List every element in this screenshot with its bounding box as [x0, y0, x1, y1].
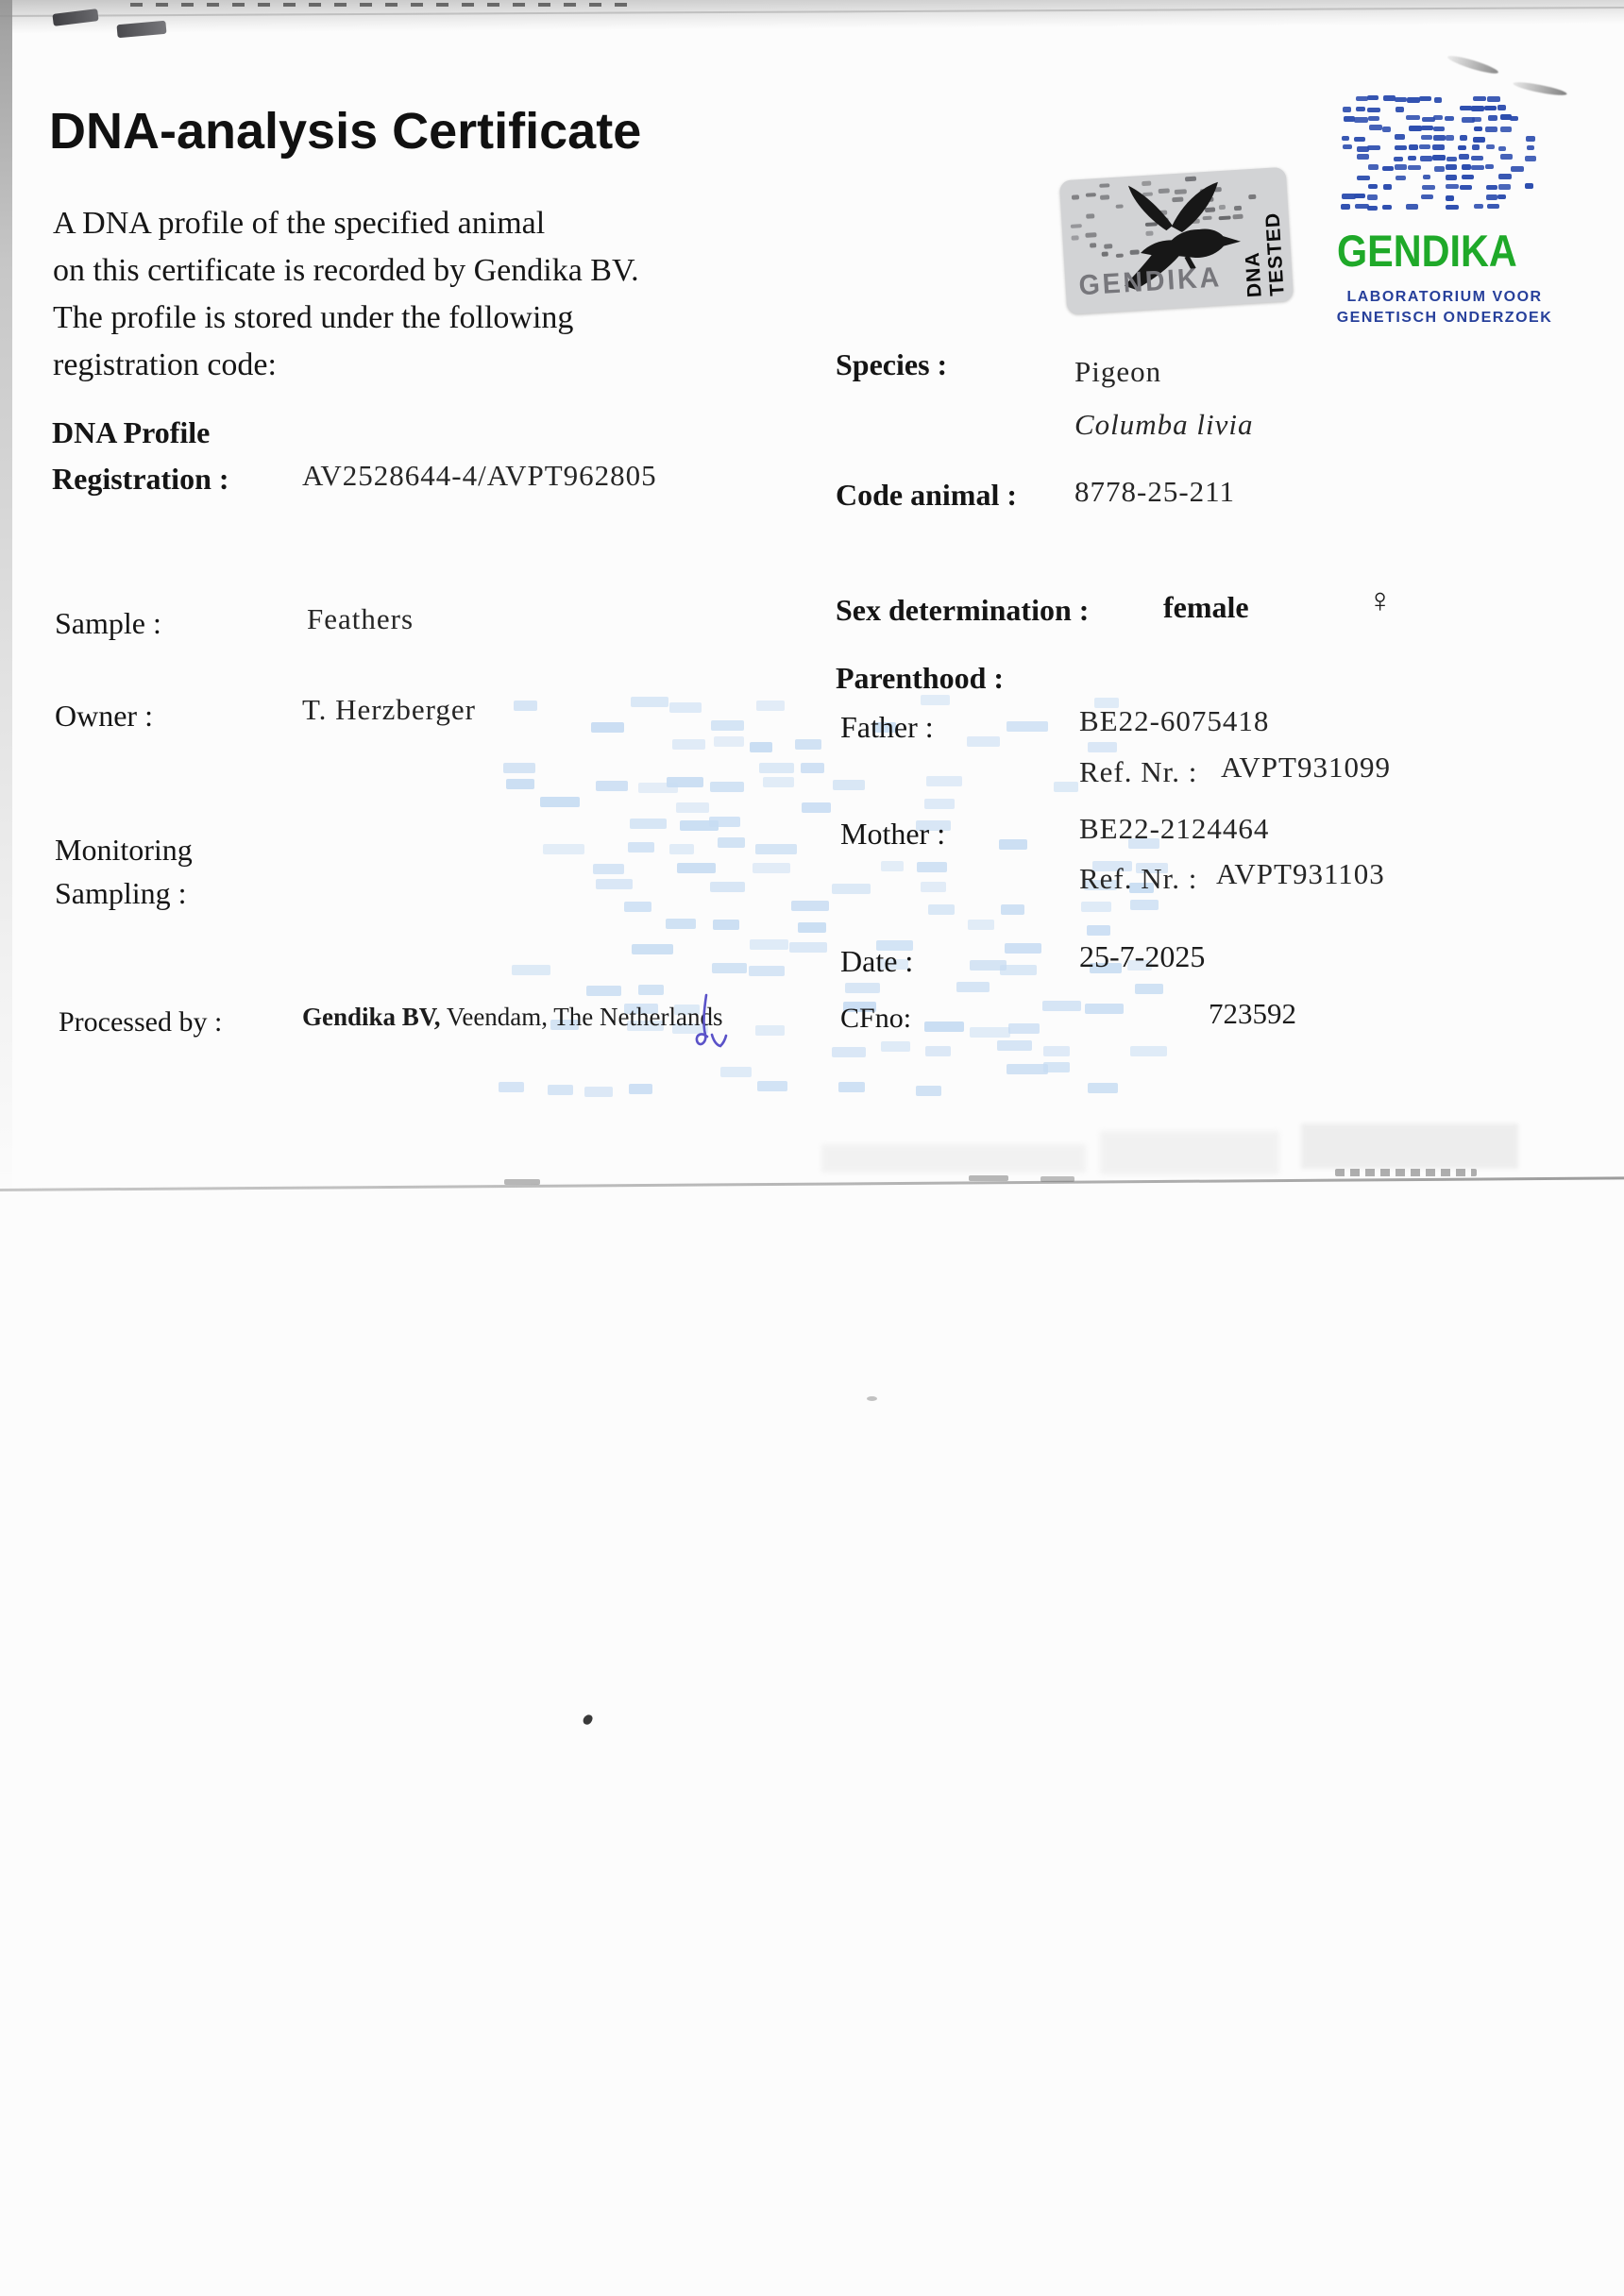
gel-dash	[1367, 145, 1379, 151]
gel-dash	[540, 797, 580, 807]
gel-dash	[1341, 204, 1350, 210]
father-ref-value: AVPT931099	[1221, 751, 1391, 785]
gel-dash	[1486, 144, 1495, 150]
gel-dash	[1408, 156, 1416, 161]
gel-dash	[712, 963, 748, 973]
scan-left-edge-shadow	[0, 0, 12, 1204]
father-ref-label: Ref. Nr. :	[1079, 755, 1197, 789]
gel-dash	[714, 736, 745, 747]
gel-dash	[1354, 117, 1368, 123]
gel-dash	[832, 1047, 866, 1057]
gel-dash	[1446, 205, 1459, 211]
gel-dash	[749, 966, 786, 976]
gel-dash	[1423, 175, 1430, 180]
gel-dash	[1487, 204, 1499, 210]
gel-dash	[1421, 135, 1432, 141]
gel-dash	[1088, 1083, 1118, 1093]
owner-value: T. Herzberger	[302, 693, 476, 727]
gel-dash	[997, 1040, 1032, 1051]
gel-dash	[1458, 145, 1465, 151]
gel-dash	[1420, 156, 1432, 161]
gel-dash	[666, 919, 696, 929]
gel-dash	[1135, 984, 1163, 994]
gel-dash	[1472, 117, 1481, 123]
gel-dash	[1367, 206, 1378, 211]
cfno-label: CFno:	[840, 1003, 911, 1035]
gel-dash	[584, 1087, 613, 1097]
gel-dash	[676, 802, 710, 813]
gel-dash	[1462, 175, 1474, 180]
scan-top-dashed-mark	[130, 3, 640, 7]
registration-label-line2: Registration :	[52, 462, 229, 497]
gel-dash	[1446, 175, 1457, 180]
gel-dash	[1497, 105, 1506, 110]
processed-by-value: Gendika BV, Veendam, The Netherlands	[302, 1003, 722, 1032]
species-value: Pigeon	[1074, 355, 1161, 389]
gel-dash	[1486, 185, 1498, 191]
gel-dash	[1525, 183, 1533, 189]
ink-speck	[867, 1396, 877, 1401]
gel-dash	[593, 864, 624, 874]
gel-dash	[1367, 108, 1379, 113]
gel-dash	[1471, 165, 1484, 171]
gel-dash	[757, 1081, 787, 1091]
gel-dash	[1485, 127, 1497, 132]
scan-ghost-smudge	[1301, 1123, 1518, 1169]
gendika-logo-gel-icon	[1341, 96, 1547, 219]
gel-dash	[1001, 904, 1024, 915]
gel-dash	[586, 986, 621, 996]
intro-line: registration code:	[53, 342, 639, 389]
pencil-smudge-mark	[1446, 53, 1499, 76]
scan-page-edge-line	[0, 1176, 1624, 1190]
gel-dash	[750, 742, 772, 752]
gel-dash	[1356, 96, 1368, 102]
mother-ref-label: Ref. Nr. :	[1079, 862, 1197, 896]
gel-dash	[638, 985, 664, 995]
gel-dash	[1382, 127, 1391, 132]
gel-dash	[832, 884, 871, 894]
gel-dash	[970, 1027, 1010, 1038]
gel-dash	[1043, 1062, 1070, 1072]
gel-dash	[1486, 194, 1497, 200]
gel-dash	[1460, 135, 1468, 141]
gel-dash	[596, 879, 634, 889]
gel-dash	[1088, 742, 1117, 752]
scan-edge-smudge	[969, 1175, 1008, 1181]
gel-dash	[1500, 154, 1513, 160]
gel-dash	[1446, 184, 1459, 190]
gel-dash	[967, 736, 1000, 747]
intro-line: on this certificate is recorded by Gendi…	[53, 247, 639, 295]
scan-ghost-smudge	[1100, 1131, 1279, 1174]
gel-dash	[1395, 164, 1407, 170]
gel-dash	[1473, 137, 1485, 143]
gel-dash	[1054, 782, 1078, 792]
gel-dash	[802, 802, 831, 813]
gendika-logo-subtitle: LABORATORIUM VOOR GENETISCH ONDERZOEK	[1320, 287, 1569, 329]
father-label: Father :	[840, 710, 934, 745]
gel-dash	[512, 965, 550, 975]
date-value: 25-7-2025	[1079, 939, 1205, 974]
monitoring-label-line2: Sampling :	[55, 876, 187, 911]
mother-ref-value: AVPT931103	[1216, 857, 1385, 891]
gel-dash	[624, 902, 651, 912]
gel-dash	[1459, 154, 1469, 160]
gendika-logo-subtitle-line: LABORATORIUM VOOR	[1320, 287, 1569, 308]
gel-dash	[667, 777, 703, 787]
registration-label-line1: DNA Profile	[52, 415, 210, 450]
gel-dash	[921, 695, 950, 705]
gel-dash	[672, 739, 705, 750]
gel-dash	[631, 697, 668, 707]
gel-dash	[1368, 164, 1379, 170]
gel-dash	[1406, 204, 1417, 210]
gel-dash	[718, 837, 745, 848]
gel-dash	[833, 780, 865, 790]
gel-dash	[596, 781, 628, 791]
gel-dash	[1382, 166, 1394, 172]
gel-dash	[669, 702, 702, 713]
gel-dash	[926, 776, 962, 786]
sex-determination-value: female	[1163, 590, 1249, 625]
sample-label: Sample :	[55, 606, 161, 641]
gel-dash	[1526, 136, 1535, 142]
gel-dash	[629, 1084, 652, 1094]
scan-ghost-smudge	[821, 1144, 1086, 1173]
gel-dash	[1446, 164, 1457, 170]
gel-dash	[1500, 127, 1512, 132]
gel-dash	[630, 819, 667, 829]
gel-dash	[506, 779, 534, 789]
gel-dash	[1356, 107, 1365, 112]
gel-dash	[1043, 1046, 1070, 1056]
scan-edge-smudge	[1040, 1176, 1074, 1182]
gel-dash	[1485, 164, 1494, 170]
gel-dash	[838, 1082, 866, 1092]
gel-dash	[1462, 164, 1471, 170]
gel-dash	[1408, 165, 1421, 171]
gel-dash	[1421, 126, 1434, 131]
gel-dash	[1005, 943, 1041, 954]
gel-dash	[543, 844, 584, 854]
mother-label: Mother :	[840, 817, 945, 852]
ink-speck	[582, 1714, 594, 1727]
gel-dash	[591, 722, 624, 733]
gel-dash	[789, 942, 827, 953]
gel-dash	[1354, 194, 1365, 199]
gel-dash	[638, 783, 678, 793]
gel-dash	[1344, 116, 1355, 122]
gel-dash	[1406, 115, 1420, 121]
gel-dash	[750, 939, 788, 950]
gel-dash	[956, 982, 990, 992]
code-animal-label: Code animal :	[836, 478, 1017, 513]
gel-dash	[548, 1085, 572, 1095]
gel-dash	[968, 920, 993, 930]
gel-dash	[713, 920, 739, 930]
gel-dash	[1343, 107, 1350, 112]
gel-dash	[1498, 146, 1506, 152]
gel-dash	[1000, 965, 1037, 975]
gel-dash	[1498, 174, 1513, 179]
gel-dash	[1130, 900, 1159, 910]
gel-dash	[1008, 1023, 1040, 1034]
gel-dash	[1445, 116, 1454, 122]
gel-dash	[1343, 144, 1353, 150]
staple-mark	[116, 21, 166, 38]
gel-dash	[1367, 194, 1377, 200]
intro-line: The profile is stored under the followin…	[53, 295, 639, 342]
gel-dash	[1474, 127, 1482, 132]
gel-dash	[1434, 97, 1442, 103]
gel-dash	[1357, 176, 1371, 181]
gel-dash	[791, 901, 829, 911]
gel-dash	[921, 882, 946, 892]
gel-dash	[924, 799, 955, 809]
gel-dash	[795, 739, 820, 750]
gel-dash	[1421, 194, 1433, 200]
gel-dash	[1422, 185, 1435, 191]
sex-determination-label: Sex determination :	[836, 593, 1089, 628]
gel-dash	[1497, 194, 1507, 200]
gel-dash	[1396, 107, 1404, 112]
gel-dash	[917, 862, 947, 872]
scan-edge-smudge	[1335, 1169, 1477, 1176]
gel-dash	[1432, 155, 1446, 160]
processed-by-location: Veendam, The Netherlands	[441, 1003, 723, 1031]
gel-dash	[845, 983, 881, 993]
gel-dash	[1473, 96, 1486, 102]
gel-dash	[1419, 144, 1430, 150]
gel-dash	[1409, 144, 1418, 150]
date-label: Date :	[840, 944, 913, 979]
gel-dash	[925, 1046, 950, 1056]
gel-dash	[1460, 106, 1471, 111]
gel-dash	[1433, 115, 1443, 121]
gel-dash	[801, 763, 824, 773]
dna-gel-watermark	[499, 699, 1171, 1103]
gel-dash	[1367, 95, 1379, 101]
gel-dash	[798, 922, 825, 933]
dna-tested-sticker: GENDIKA DNA TESTED	[1059, 167, 1294, 314]
gel-dash	[1419, 96, 1431, 102]
gel-dash	[1081, 902, 1110, 912]
gel-dash	[1007, 1064, 1048, 1074]
gel-dash	[1487, 96, 1499, 102]
gel-dash	[1510, 116, 1518, 122]
gel-dash	[628, 842, 654, 853]
gel-dash	[1007, 721, 1048, 732]
father-value: BE22-6075418	[1079, 704, 1269, 738]
gel-dash	[1085, 1004, 1124, 1014]
gel-dash	[1369, 125, 1383, 130]
gel-dash	[1342, 136, 1349, 142]
gel-dash	[1446, 135, 1454, 141]
gel-dash	[1368, 184, 1377, 190]
gel-dash	[1446, 157, 1457, 162]
gel-dash	[1396, 176, 1406, 181]
gel-dash	[1042, 1001, 1080, 1011]
gel-dash	[499, 1082, 524, 1092]
gel-dash	[1433, 135, 1446, 141]
gel-dash	[1488, 115, 1498, 121]
gel-dash	[1432, 144, 1445, 150]
gel-dash	[916, 1086, 941, 1096]
intro-line: A DNA profile of the specified animal	[53, 200, 639, 247]
gel-dash	[720, 1067, 753, 1077]
processed-by-company: Gendika BV,	[302, 1003, 441, 1031]
gel-dash	[1446, 195, 1454, 201]
species-label: Species :	[836, 347, 947, 382]
gendika-logo-brand: GENDIKA	[1337, 225, 1517, 277]
gel-dash	[1498, 184, 1511, 190]
pencil-smudge-mark	[1513, 80, 1567, 98]
gel-dash	[1511, 166, 1524, 172]
gel-dash	[756, 701, 785, 711]
gel-dash	[1382, 205, 1392, 211]
gel-dash	[1474, 204, 1482, 210]
species-latin-name: Columba livia	[1074, 408, 1254, 442]
gel-dash	[1395, 134, 1405, 140]
female-symbol: ♀	[1367, 581, 1393, 620]
gel-dash	[1407, 97, 1420, 103]
gel-dash	[999, 839, 1027, 850]
cfno-value: 723592	[1209, 997, 1296, 1031]
gel-dash	[759, 763, 795, 773]
gel-dash	[755, 1025, 785, 1036]
gel-dash	[632, 944, 673, 954]
gel-dash	[710, 782, 744, 792]
gel-dash	[881, 1041, 909, 1052]
gel-dash	[1527, 145, 1535, 151]
registration-value: AV2528644-4/AVPT962805	[302, 459, 657, 493]
gel-dash	[711, 720, 743, 731]
gel-dash	[1357, 154, 1369, 160]
gel-dash	[881, 861, 904, 871]
gel-dash	[1471, 156, 1482, 161]
gel-dash	[763, 777, 794, 787]
gel-dash	[709, 817, 741, 827]
gel-dash	[1395, 145, 1408, 151]
gel-dash	[1434, 166, 1445, 172]
gel-dash	[753, 863, 790, 873]
gel-dash	[1394, 157, 1403, 162]
gel-dash	[1472, 144, 1480, 150]
gel-dash	[924, 1021, 964, 1032]
sample-value: Feathers	[307, 602, 414, 636]
gel-dash	[1484, 106, 1497, 111]
gel-dash	[1368, 116, 1379, 122]
gel-dash	[514, 701, 537, 711]
gel-dash	[1525, 156, 1535, 161]
page-title: DNA-analysis Certificate	[49, 102, 641, 160]
gel-dash	[669, 844, 694, 854]
gel-dash	[1087, 925, 1110, 936]
gel-dash	[1471, 106, 1484, 111]
gel-dash	[680, 820, 719, 831]
gel-dash	[677, 863, 716, 873]
dna-tested-text: DNA TESTED	[1237, 173, 1290, 298]
gendika-logo-subtitle-line: GENETISCH ONDERZOEK	[1320, 308, 1569, 329]
gel-dash	[1355, 204, 1369, 210]
gel-dash	[1354, 137, 1365, 143]
gel-dash	[1383, 184, 1392, 190]
parenthood-label: Parenthood :	[836, 661, 1004, 696]
gel-dash	[928, 904, 955, 915]
gel-dash	[1130, 1046, 1167, 1056]
gel-dash	[970, 960, 1007, 971]
gel-dash	[710, 882, 745, 892]
code-animal-value: 8778-25-211	[1074, 475, 1235, 509]
gel-dash	[1433, 127, 1446, 132]
scan-edge-smudge	[504, 1179, 540, 1185]
gel-dash	[503, 763, 536, 773]
owner-label: Owner :	[55, 699, 153, 734]
mother-value: BE22-2124464	[1079, 812, 1269, 846]
intro-text: A DNA profile of the specified animal on…	[53, 200, 639, 389]
monitoring-label-line1: Monitoring	[55, 833, 193, 868]
processed-by-label: Processed by :	[59, 1006, 222, 1038]
gel-dash	[1395, 97, 1407, 103]
gel-dash	[1460, 185, 1472, 191]
gel-dash	[755, 844, 797, 854]
signature-mark	[695, 993, 733, 1059]
